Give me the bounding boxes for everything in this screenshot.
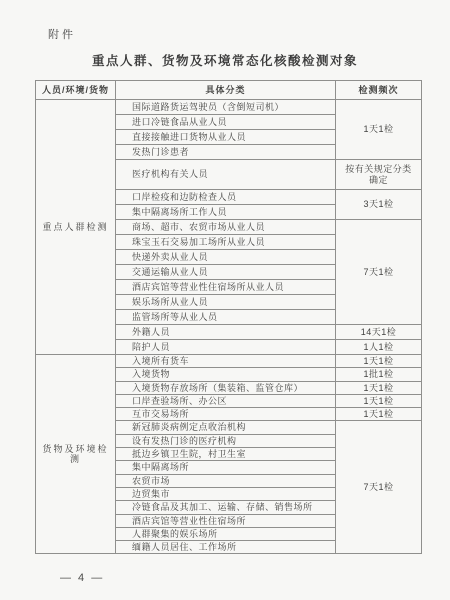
item-cell: 监管场所等从业人员	[116, 310, 336, 325]
item-cell: 口岸检疫和边防检查人员	[116, 190, 336, 205]
frequency-cell: 1天1检	[336, 381, 422, 394]
category-cell: 重点人群检测	[36, 100, 116, 355]
item-cell: 入境所有货车	[116, 355, 336, 368]
frequency-cell: 1人1检	[336, 340, 422, 355]
column-header-category: 人员/环境/货物	[36, 81, 116, 100]
frequency-cell: 1天1检	[336, 100, 422, 160]
item-cell: 新冠肺炎病例定点收治机构	[116, 421, 336, 434]
item-cell: 设有发热门诊的医疗机构	[116, 434, 336, 447]
column-header-classification: 具体分类	[116, 81, 336, 100]
item-cell: 进口冷链食品从业人员	[116, 115, 336, 130]
item-cell: 医疗机构有关人员	[116, 160, 336, 190]
frequency-cell: 1批1检	[336, 368, 422, 381]
item-cell: 珠宝玉石交易加工场所从业人员	[116, 235, 336, 250]
item-cell: 快递外卖从业人员	[116, 250, 336, 265]
item-cell: 娱乐场所从业人员	[116, 295, 336, 310]
table-row: 货物及环境检测 入境所有货车 1天1检	[36, 355, 422, 368]
item-cell: 农贸市场	[116, 474, 336, 487]
item-cell: 国际道路货运驾驶员（含倒短司机）	[116, 100, 336, 115]
testing-table: 人员/环境/货物 具体分类 检测频次 重点人群检测 国际道路货运驾驶员（含倒短司…	[35, 80, 422, 554]
item-cell: 人群聚集的娱乐场所	[116, 527, 336, 540]
frequency-cell: 14天1检	[336, 325, 422, 340]
item-cell: 口岸查验场所、办公区	[116, 394, 336, 407]
item-cell: 商场、超市、农贸市场从业人员	[116, 220, 336, 235]
frequency-cell: 1天1检	[336, 355, 422, 368]
item-cell: 集中隔离场所	[116, 461, 336, 474]
document-page: 附件 重点人群、货物及环境常态化核酸检测对象 人员/环境/货物 具体分类 检测频…	[0, 0, 450, 600]
page-title: 重点人群、货物及环境常态化核酸检测对象	[0, 51, 450, 69]
page-number: — 4 —	[60, 572, 104, 584]
item-cell: 集中隔离场所工作人员	[116, 205, 336, 220]
item-cell: 交通运输从业人员	[116, 265, 336, 280]
header-row: 人员/环境/货物 具体分类 检测频次	[36, 81, 422, 100]
item-cell: 外籍人员	[116, 325, 336, 340]
item-cell: 缅籍人员居住、工作场所	[116, 541, 336, 554]
table-row: 重点人群检测 国际道路货运驾驶员（含倒短司机） 1天1检	[36, 100, 422, 115]
frequency-cell: 1天1检	[336, 408, 422, 421]
item-cell: 入境货物存放场所（集装箱、监管仓库）	[116, 381, 336, 394]
frequency-cell: 按有关规定分类确定	[336, 160, 422, 190]
frequency-cell: 7天1检	[336, 220, 422, 325]
item-cell: 抵边乡镇卫生院，村卫生室	[116, 448, 336, 461]
frequency-cell: 7天1检	[336, 421, 422, 554]
item-cell: 酒店宾馆等营业性住宿场所从业人员	[116, 280, 336, 295]
item-cell: 冷链食品及其加工、运输、存储、销售场所	[116, 501, 336, 514]
item-cell: 发热门诊患者	[116, 145, 336, 160]
item-cell: 陪护人员	[116, 340, 336, 355]
category-cell: 货物及环境检测	[36, 355, 116, 554]
attachment-label: 附件	[48, 26, 76, 42]
frequency-cell: 1天1检	[336, 394, 422, 407]
item-cell: 互市交易场所	[116, 408, 336, 421]
column-header-frequency: 检测频次	[336, 81, 422, 100]
frequency-cell: 3天1检	[336, 190, 422, 220]
item-cell: 入境货物	[116, 368, 336, 381]
item-cell: 酒店宾馆等营业性住宿场所	[116, 514, 336, 527]
item-cell: 直接接触进口货物从业人员	[116, 130, 336, 145]
item-cell: 边贸集市	[116, 487, 336, 500]
